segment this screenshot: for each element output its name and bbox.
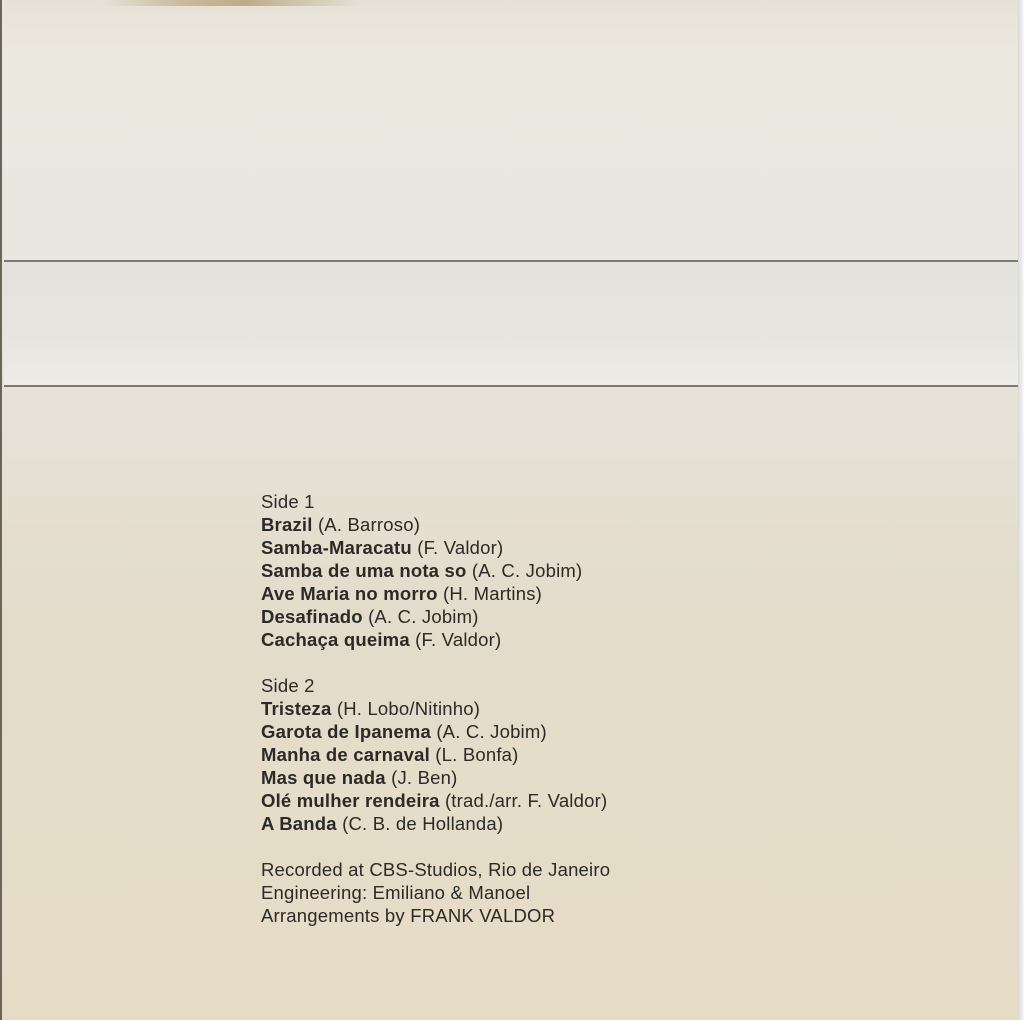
- arrangements-credit: Arrangements by FRANK VALDOR: [261, 904, 610, 927]
- track-credit: (A. C. Jobim): [436, 721, 547, 742]
- side-2-tracklist: Tristeza (H. Lobo/Nitinho)Garota de Ipan…: [261, 697, 610, 835]
- track-credit: (C. B. de Hollanda): [342, 813, 503, 834]
- track-title: Brazil: [261, 514, 313, 535]
- track-title: Mas que nada: [261, 767, 386, 788]
- track-item: Garota de Ipanema (A. C. Jobim): [261, 720, 610, 743]
- track-item: Tristeza (H. Lobo/Nitinho): [261, 697, 610, 720]
- track-credit: (A. C. Jobim): [368, 606, 479, 627]
- track-item: Cachaça queima (F. Valdor): [261, 628, 610, 651]
- track-item: Mas que nada (J. Ben): [261, 766, 610, 789]
- inlay-top-panel: [4, 0, 1020, 260]
- track-item: Samba de uma nota so (A. C. Jobim): [261, 559, 610, 582]
- side-1-heading: Side 1: [261, 490, 610, 513]
- track-item: Samba-Maracatu (F. Valdor): [261, 536, 610, 559]
- track-credit: (A. C. Jobim): [472, 560, 583, 581]
- track-title: Cachaça queima: [261, 629, 410, 650]
- track-title: Olé mulher rendeira: [261, 790, 440, 811]
- recording-credit: Recorded at CBS-Studios, Rio de Janeiro: [261, 858, 610, 881]
- track-credit: (L. Bonfa): [435, 744, 518, 765]
- track-title: Ave Maria no morro: [261, 583, 438, 604]
- track-item: Ave Maria no morro (H. Martins): [261, 582, 610, 605]
- inlay-spine-panel: [4, 262, 1020, 386]
- engineering-credit: Engineering: Emiliano & Manoel: [261, 881, 610, 904]
- track-title: Tristeza: [261, 698, 332, 719]
- track-credit: (F. Valdor): [415, 629, 501, 650]
- scan-edge: [1018, 0, 1024, 1020]
- side-1-tracklist: Brazil (A. Barroso)Samba-Maracatu (F. Va…: [261, 513, 610, 651]
- track-credit: (trad./arr. F. Valdor): [445, 790, 607, 811]
- tracklist: Side 1 Brazil (A. Barroso)Samba-Maracatu…: [261, 490, 610, 927]
- track-title: Garota de Ipanema: [261, 721, 431, 742]
- track-item: Brazil (A. Barroso): [261, 513, 610, 536]
- track-item: Desafinado (A. C. Jobim): [261, 605, 610, 628]
- cassette-inlay-card: Side 1 Brazil (A. Barroso)Samba-Maracatu…: [0, 0, 1020, 1020]
- track-title: A Banda: [261, 813, 337, 834]
- track-item: Manha de carnaval (L. Bonfa): [261, 743, 610, 766]
- track-credit: (F. Valdor): [417, 537, 503, 558]
- track-credit: (H. Lobo/Nitinho): [337, 698, 480, 719]
- track-title: Samba-Maracatu: [261, 537, 412, 558]
- paper-stain: [102, 0, 362, 6]
- track-item: A Banda (C. B. de Hollanda): [261, 812, 610, 835]
- fold-line-lower: [4, 385, 1020, 387]
- track-title: Samba de uma nota so: [261, 560, 467, 581]
- track-title: Manha de carnaval: [261, 744, 430, 765]
- track-item: Olé mulher rendeira (trad./arr. F. Valdo…: [261, 789, 610, 812]
- side-2-heading: Side 2: [261, 674, 610, 697]
- track-title: Desafinado: [261, 606, 363, 627]
- track-credit: (A. Barroso): [318, 514, 420, 535]
- track-credit: (J. Ben): [391, 767, 457, 788]
- track-credit: (H. Martins): [443, 583, 542, 604]
